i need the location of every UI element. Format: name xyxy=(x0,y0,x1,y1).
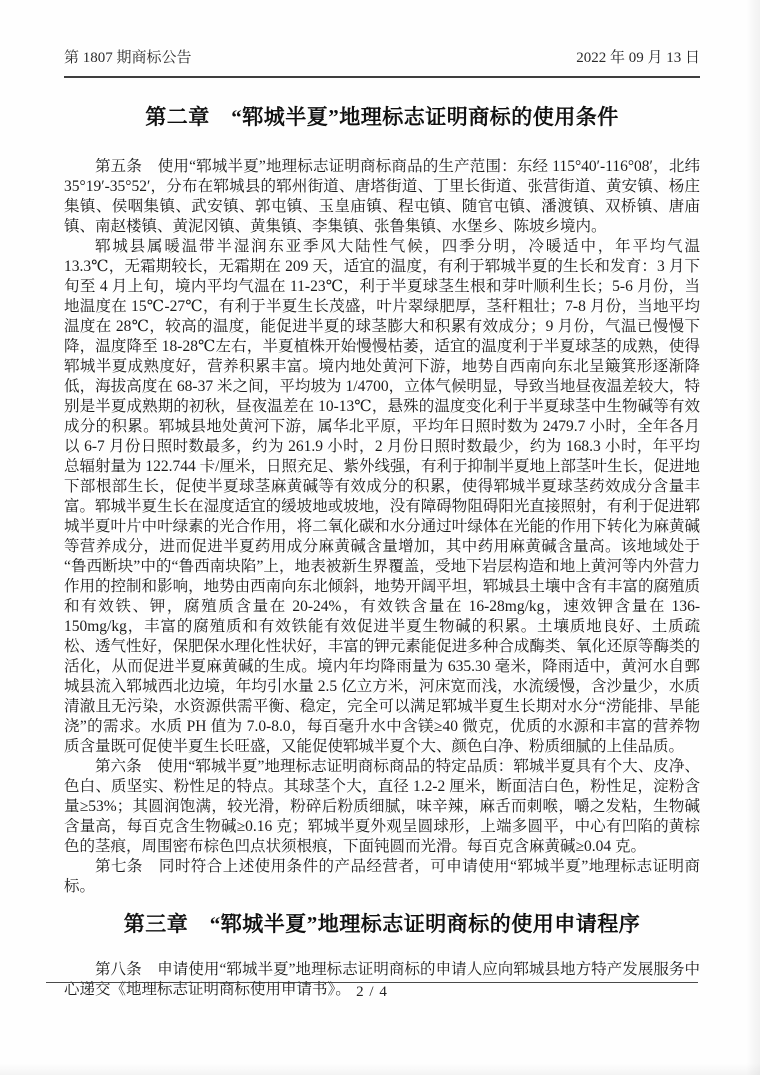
chapter2-body: 第五条 使用“郓城半夏”地理标志证明商标商品的生产范围：东经 115°40′-1… xyxy=(64,157,700,897)
scan-edge-shadow-bottom xyxy=(0,1063,760,1075)
page-number: 2 / 4 xyxy=(356,984,388,1001)
document-page: 第 1807 期商标公告 2022 年 09 月 13 日 第二章 “郓城半夏”… xyxy=(0,0,760,1075)
page-header: 第 1807 期商标公告 2022 年 09 月 13 日 xyxy=(64,46,700,78)
gazette-date: 2022 年 09 月 13 日 xyxy=(576,46,700,67)
page-footer: 2 / 4 xyxy=(46,982,698,1001)
article-5-production-scope: 第五条 使用“郓城半夏”地理标志证明商标商品的生产范围：东经 115°40′-1… xyxy=(64,157,700,237)
article-7-eligibility: 第七条 同时符合上述使用条件的产品经营者，可申请使用“郓城半夏”地理标志证明商标… xyxy=(64,857,700,897)
gazette-issue: 第 1807 期商标公告 xyxy=(64,46,192,67)
paragraph-natural-conditions: 郓城县属暖温带半湿润东亚季风大陆性气候，四季分明，冷暖适中，年平均气温 13.3… xyxy=(64,237,700,757)
chapter2-title: 第二章 “郓城半夏”地理标志证明商标的使用条件 xyxy=(64,103,700,131)
scan-edge-shadow-right xyxy=(746,0,760,1075)
chapter3-title: 第三章 “郓城半夏”地理标志证明商标的使用申请程序 xyxy=(64,910,700,938)
article-6-specific-quality: 第六条 使用“郓城半夏”地理标志证明商标商品的特定品质：郓城半夏具有个大、皮净、… xyxy=(64,757,700,857)
